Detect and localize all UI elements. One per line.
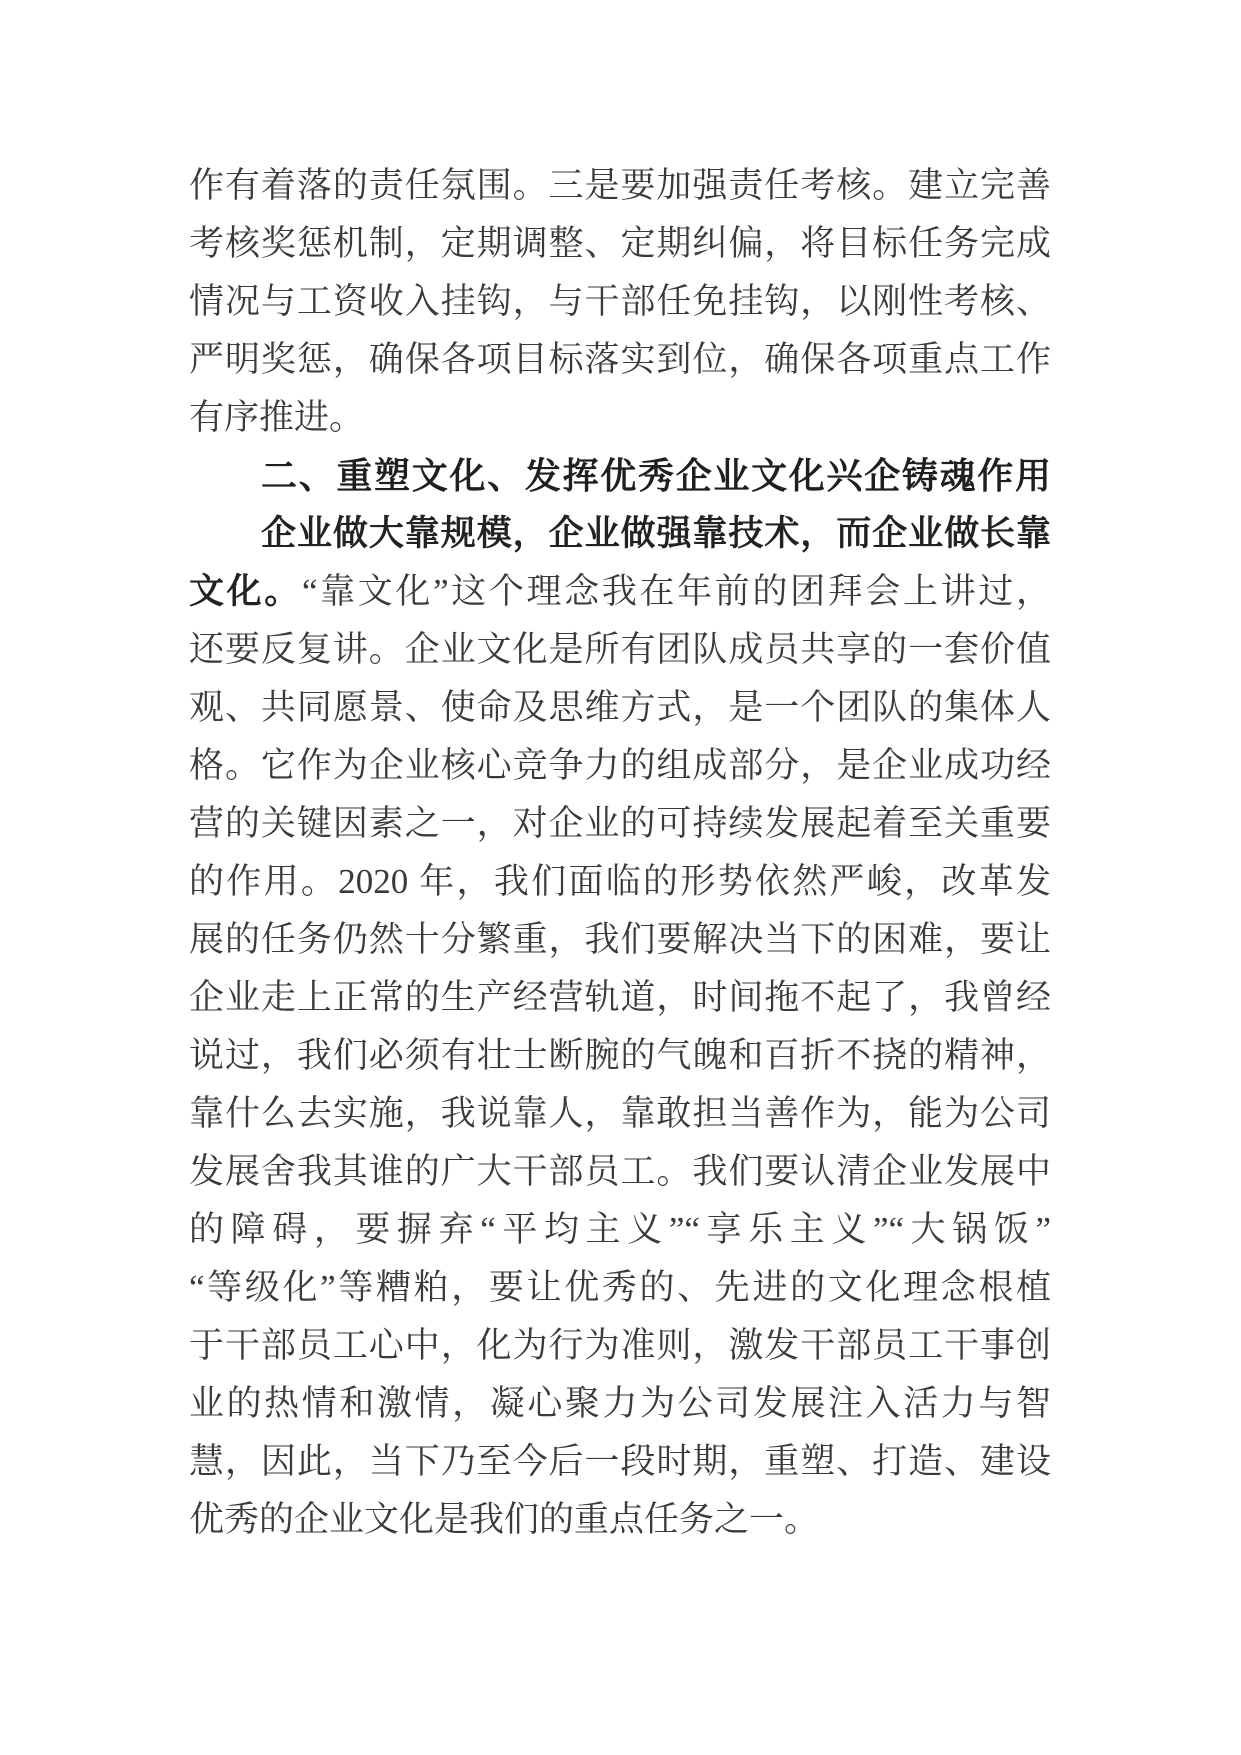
text-line: 情况与工资收入挂钩，与干部任免挂钩，以刚性考核、 (189, 273, 1051, 331)
text-segment: “靠文化”这个理念我在年前的团拜会上讲过， (302, 572, 1051, 611)
text-segment: 作有着落的责任氛围。三是要加强责任考核。建立完善 (189, 166, 1051, 205)
text-line: 有序推进。 (189, 389, 1051, 447)
text-segment: 还要反复讲。企业文化是所有团队成员共享的一套价值 (189, 630, 1051, 669)
text-line: “等级化”等糟粕，要让优秀的、先进的文化理念根植 (189, 1259, 1051, 1317)
text-segment: 说过，我们必须有壮士断腕的气魄和百折不挠的精神， (189, 1036, 1051, 1075)
text-segment: 的作用。2020 年，我们面临的形势依然严峻，改革发 (189, 862, 1051, 901)
text-block: 作有着落的责任氛围。三是要加强责任考核。建立完善考核奖惩机制，定期调整、定期纠偏… (189, 157, 1051, 1549)
text-segment: 考核奖惩机制，定期调整、定期纠偏，将目标任务完成 (189, 224, 1051, 263)
text-line: 靠什么去实施，我说靠人，靠敢担当善作为，能为公司 (189, 1085, 1051, 1143)
text-line: 业的热情和激情，凝心聚力为公司发展注入活力与智 (189, 1375, 1051, 1433)
text-segment: 优秀的企业文化是我们的重点任务之一。 (189, 1500, 819, 1539)
text-segment: 于干部员工心中，化为行为准则，激发干部员工干事创 (189, 1326, 1051, 1365)
text-segment: 展的任务仍然十分繁重，我们要解决当下的困难，要让 (189, 920, 1051, 959)
text-line: 严明奖惩，确保各项目标落实到位，确保各项重点工作 (189, 331, 1051, 389)
text-line: 发展舍我其谁的广大干部员工。我们要认清企业发展中 (189, 1143, 1051, 1201)
text-segment: 的障碍，要摒弃“平均主义”“享乐主义”“大锅饭” (189, 1210, 1051, 1249)
text-segment: 严明奖惩，确保各项目标落实到位，确保各项重点工作 (189, 340, 1051, 379)
section-heading: 二、重塑文化、发挥优秀企业文化兴企铸魂作用 (189, 447, 1051, 505)
text-line: 文化。“靠文化”这个理念我在年前的团拜会上讲过， (189, 563, 1051, 621)
text-line: 企业走上正常的生产经营轨道，时间拖不起了，我曾经 (189, 969, 1051, 1027)
text-segment: 有序推进。 (189, 398, 364, 437)
text-line: 优秀的企业文化是我们的重点任务之一。 (189, 1491, 1051, 1549)
text-segment: 发展舍我其谁的广大干部员工。我们要认清企业发展中 (189, 1152, 1051, 1191)
text-segment: 文化。 (189, 572, 302, 611)
text-line: 观、共同愿景、使命及思维方式，是一个团队的集体人 (189, 679, 1051, 737)
text-line: 营的关键因素之一，对企业的可持续发展起着至关重要 (189, 795, 1051, 853)
text-segment: “等级化”等糟粕，要让优秀的、先进的文化理念根植 (189, 1268, 1051, 1307)
text-line: 还要反复讲。企业文化是所有团队成员共享的一套价值 (189, 621, 1051, 679)
text-segment: 慧，因此，当下乃至今后一段时期，重塑、打造、建设 (189, 1442, 1051, 1481)
text-segment: 企业走上正常的生产经营轨道，时间拖不起了，我曾经 (189, 978, 1051, 1017)
text-segment: 营的关键因素之一，对企业的可持续发展起着至关重要 (189, 804, 1051, 843)
text-line: 作有着落的责任氛围。三是要加强责任考核。建立完善 (189, 157, 1051, 215)
text-line: 考核奖惩机制，定期调整、定期纠偏，将目标任务完成 (189, 215, 1051, 273)
document-page: 作有着落的责任氛围。三是要加强责任考核。建立完善考核奖惩机制，定期调整、定期纠偏… (0, 0, 1241, 1755)
text-segment: 企业做大靠规模，企业做强靠技术，而企业做长靠 (261, 514, 1051, 553)
text-line: 展的任务仍然十分繁重，我们要解决当下的困难，要让 (189, 911, 1051, 969)
text-line: 格。它作为企业核心竞争力的组成部分，是企业成功经 (189, 737, 1051, 795)
text-segment: 情况与工资收入挂钩，与干部任免挂钩，以刚性考核、 (189, 282, 1051, 321)
text-line: 的障碍，要摒弃“平均主义”“享乐主义”“大锅饭” (189, 1201, 1051, 1259)
text-line: 企业做大靠规模，企业做强靠技术，而企业做长靠 (189, 505, 1051, 563)
text-segment: 业的热情和激情，凝心聚力为公司发展注入活力与智 (189, 1384, 1051, 1423)
text-line: 的作用。2020 年，我们面临的形势依然严峻，改革发 (189, 853, 1051, 911)
text-line: 慧，因此，当下乃至今后一段时期，重塑、打造、建设 (189, 1433, 1051, 1491)
text-segment: 格。它作为企业核心竞争力的组成部分，是企业成功经 (189, 746, 1051, 785)
text-segment: 观、共同愿景、使命及思维方式，是一个团队的集体人 (189, 688, 1051, 727)
text-line: 于干部员工心中，化为行为准则，激发干部员工干事创 (189, 1317, 1051, 1375)
text-segment: 二、重塑文化、发挥优秀企业文化兴企铸魂作用 (261, 455, 1051, 496)
text-segment: 靠什么去实施，我说靠人，靠敢担当善作为，能为公司 (189, 1094, 1051, 1133)
text-line: 说过，我们必须有壮士断腕的气魄和百折不挠的精神， (189, 1027, 1051, 1085)
